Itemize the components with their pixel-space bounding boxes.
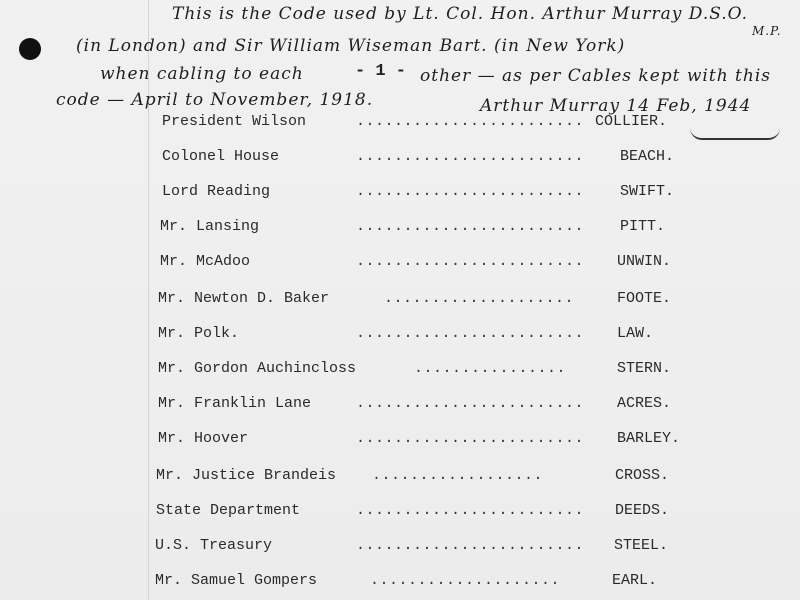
code-word: CROSS. xyxy=(615,467,669,484)
handwritten-line-4-left: code — April to November, 1918. xyxy=(56,90,373,110)
leader-dots: ................ xyxy=(414,360,566,377)
code-word: BEACH. xyxy=(620,148,674,165)
person-name: Mr. Lansing xyxy=(160,218,259,235)
person-name: Mr. Justice Brandeis xyxy=(156,467,336,484)
code-word: BARLEY. xyxy=(617,430,680,447)
person-name: Mr. Samuel Gompers xyxy=(155,572,317,589)
code-word: STERN. xyxy=(617,360,671,377)
code-word: LAW. xyxy=(617,325,653,342)
person-name: Mr. Newton D. Baker xyxy=(158,290,329,307)
person-name: Mr. McAdoo xyxy=(160,253,250,270)
person-name: Mr. Franklin Lane xyxy=(158,395,311,412)
leader-dots: .................... xyxy=(384,290,574,307)
handwritten-line-3-left: when cabling to each xyxy=(100,64,304,84)
code-word: DEEDS. xyxy=(615,502,669,519)
leader-dots: ........................ xyxy=(356,395,584,412)
leader-dots: .................... xyxy=(370,572,560,589)
code-word: STEEL. xyxy=(614,537,668,554)
leader-dots: ........................ xyxy=(356,325,584,342)
person-name: State Department xyxy=(156,502,300,519)
code-word: COLLIER. xyxy=(595,113,667,130)
person-name: Lord Reading xyxy=(162,183,270,200)
leader-dots: ........................ xyxy=(356,183,584,200)
person-name: Mr. Hoover xyxy=(158,430,248,447)
code-word: EARL. xyxy=(612,572,657,589)
document-page: This is the Code used by Lt. Col. Hon. A… xyxy=(0,0,800,600)
code-word: UNWIN. xyxy=(617,253,671,270)
handwritten-line-1: This is the Code used by Lt. Col. Hon. A… xyxy=(172,4,748,24)
code-word: PITT. xyxy=(620,218,665,235)
person-name: Mr. Polk. xyxy=(158,325,239,342)
person-name: Mr. Gordon Auchincloss xyxy=(158,360,356,377)
leader-dots: ........................ xyxy=(356,537,584,554)
handwritten-line-1-suffix: M.P. xyxy=(752,24,782,38)
handwritten-line-2: (in London) and Sir William Wiseman Bart… xyxy=(76,36,625,56)
leader-dots: ........................ xyxy=(356,253,584,270)
leader-dots: ........................ xyxy=(356,430,584,447)
code-word: ACRES. xyxy=(617,395,671,412)
leader-dots: ........................ xyxy=(356,148,584,165)
leader-dots: ........................ xyxy=(356,218,584,235)
code-word: FOOTE. xyxy=(617,290,671,307)
punch-hole-icon xyxy=(19,38,41,60)
handwritten-line-3-right: other — as per Cables kept with this xyxy=(420,66,771,86)
leader-dots: .................. xyxy=(372,467,543,484)
leader-dots: ........................ xyxy=(356,502,584,519)
person-name: President Wilson xyxy=(162,113,306,130)
person-name: U.S. Treasury xyxy=(155,537,272,554)
handwritten-underline xyxy=(690,128,780,140)
leader-dots: ........................ xyxy=(356,113,584,130)
code-word: SWIFT. xyxy=(620,183,674,200)
page-number: - 1 - xyxy=(355,62,406,81)
person-name: Colonel House xyxy=(162,148,279,165)
